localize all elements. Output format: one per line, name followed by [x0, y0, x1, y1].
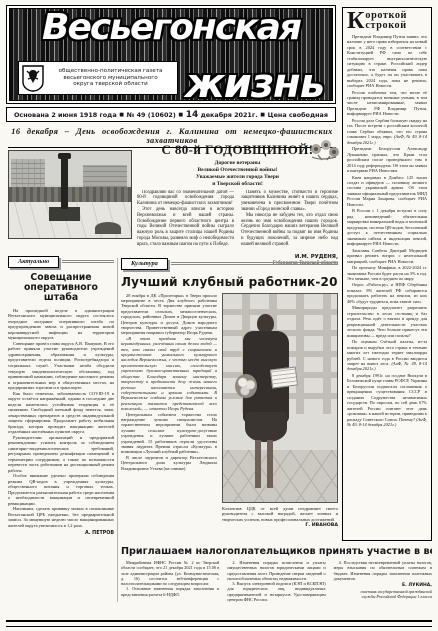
brief-item-text: Россия озабочена тем, что возле её грани…	[347, 90, 427, 117]
monument-photo	[8, 150, 132, 239]
brief-title-words: ороткой строкой	[365, 11, 407, 32]
photo-monument-base	[49, 207, 80, 221]
culture-headline: Лучший клубный работник-2021г.	[121, 275, 338, 289]
coat-of-arms-icon	[22, 65, 44, 92]
dateline-strip: Основана 2 июня 1918 года ■ № 49 (10602)…	[6, 107, 336, 122]
staff-paragraph: Руководителям организаций и предприятий …	[8, 435, 114, 474]
brief-item-text: Замглавы Совбеза Дмитрий Медведев призва…	[347, 248, 427, 264]
salutation-line: и Тверской области!	[137, 181, 338, 188]
tax-paragraph: 2. Изменения порядка исчисления и уплаты…	[227, 560, 325, 581]
brief-title-word1: ороткой	[365, 10, 407, 21]
signature-name: Е. ЛУКИНА,	[402, 583, 432, 588]
staff-signature: А. ПЕТРОВ	[8, 531, 114, 536]
separator-square-icon: ■	[119, 112, 124, 118]
brief-item-text: Президент Белоруссии Александр Лукашенко…	[347, 146, 427, 173]
founded-date: Основана 2 июня 1918 года	[14, 111, 117, 119]
brief-item: Россия дала Сербии большую скидку на газ…	[347, 118, 427, 145]
price-label: Цена свободная	[268, 111, 328, 119]
photo-person-leg	[267, 440, 273, 488]
brief-item-text: Киев направил в Донбасс 125 тысяч солдат…	[347, 175, 427, 207]
kicker-row: Культура	[121, 258, 338, 270]
photo-bouquet	[235, 374, 257, 398]
staff-meeting-article: Актуально Совещание оперативного штаба Н…	[8, 256, 114, 604]
masthead-subtitle-line3: округа тверской области	[47, 81, 174, 88]
greeting-body: С 80-й ГОДОВЩИНОЙ! Дорогие ветераны Вели…	[137, 142, 338, 267]
photo-person-skirt	[245, 412, 287, 442]
brief-items-list: Президент Владимир Путин заявил, что нал…	[347, 34, 427, 428]
brief-item: Россия озабочена тем, что возле её грани…	[347, 90, 427, 117]
signature-title-line2: службы Российской Федерации 1 класса	[334, 594, 432, 599]
newspaper-front-page: Весьегонская жизнь общественно-политичес…	[0, 0, 438, 631]
brief-title-word2: строкой	[365, 20, 406, 31]
brief-item: 8 декабря 1991г. на госдаче Вискули в Бе…	[347, 373, 427, 428]
photo-certificate	[270, 366, 298, 388]
culture-photo-column: Коллектив ЦДК от всей души поздравляет с…	[222, 293, 338, 533]
staff-headline: Совещание оперативного штаба	[8, 273, 114, 304]
staff-body-text: На прошедшей неделе в администрации Весь…	[8, 308, 114, 529]
issue-date: 14 декабря 2021г.	[186, 110, 258, 120]
greeting-paragraph: Этот день навсегда вписан в историю Верх…	[137, 207, 234, 248]
tax-paragraph: Межрайонная ИФНС России № 2 по Тверской …	[121, 560, 219, 586]
greeting-article: С 80-й ГОДОВЩИНОЙ! Дорогие ветераны Вели…	[8, 141, 338, 254]
tax-paragraph: 3. Выпуск электронной подписи (КЭП и КСК…	[227, 581, 325, 602]
brief-item-text: Опрос «Работа.ру» и НПФ Сбербанка показа…	[347, 282, 427, 303]
greeting-paragraph: Поздравляю вас со знаменательной датой —…	[137, 190, 234, 207]
photo-caption: Коллектив ЦДК от всей души поздравляет с…	[222, 506, 338, 523]
staff-paragraph: Напомним, сделать прививку можно в полик…	[8, 506, 114, 528]
brief-item: Замглавы Совбеза Дмитрий Медведев призва…	[347, 248, 427, 264]
bottom-double-rule	[6, 620, 432, 627]
tax-body-text: Межрайонная ИФНС России № 2 по Тверской …	[121, 560, 432, 602]
issue-date-day: 14	[186, 110, 199, 120]
kicker-rule	[62, 260, 114, 263]
tax-headline: Приглашаем налогоплательщиков принять уч…	[121, 546, 432, 557]
photo-person-head	[257, 314, 274, 333]
masthead-stripes-background: Весьегонская жизнь общественно-политичес…	[9, 8, 333, 101]
caption-signature: Г. ИВАНОВА	[222, 523, 338, 528]
brief-item: По прогнозу Минфина, в 2022-2024 гг. эко…	[347, 265, 427, 281]
culture-quote-paragraph: «В этот праздник мы чествуем неравнодушн…	[121, 336, 217, 412]
award-photo	[222, 293, 338, 503]
photo-floor	[223, 450, 337, 502]
brief-item: Президент Белоруссии Александр Лукашенко…	[347, 146, 427, 173]
brief-item-text: Президент Владимир Путин заявил, что нал…	[347, 34, 427, 88]
culture-paragraph: 28 ноября в ДК «Пролетарка» в Твери прош…	[121, 293, 217, 336]
brief-item: Минприроды предлагает разрешить строител…	[347, 305, 427, 338]
issue-date-rest: декабря 2021г.	[201, 111, 258, 119]
photo-obelisk-top	[58, 153, 71, 159]
brief-item: Опрос «Работа.ру» и НПФ Сбербанка показа…	[347, 282, 427, 304]
brief-item: По оценкам Счётной палаты, из-за пожаров…	[347, 339, 427, 372]
salutation-line: Великой Отечественной войны!	[137, 167, 338, 174]
newspaper-title-line2: жизнь	[185, 64, 324, 104]
brief-title-dropcap: К	[347, 11, 364, 31]
staff-headline-line2: оперативного штаба	[8, 283, 114, 304]
brief-item-text: Минприроды предлагает разрешить строител…	[347, 305, 427, 337]
culture-article: Культура Лучший клубный работник-2021г. …	[121, 258, 338, 544]
photo-treeline	[9, 187, 131, 203]
photo-person-leg	[255, 440, 261, 488]
brief-column-title: К ороткой строкой	[347, 11, 427, 32]
newspaper-title-line1: Весьегонская	[12, 10, 330, 46]
culture-content-row: 28 ноября в ДК «Пролетарка» в Твери прош…	[121, 293, 338, 533]
brief-item-text: По прогнозу Минфина, в 2022-2024 гг. эко…	[347, 265, 427, 281]
salutation-line: Уважаемые жители города Твери	[137, 174, 338, 181]
kicker-row: Актуально	[8, 256, 114, 268]
culture-paragraph: Центральным событием торжества стало наг…	[121, 412, 217, 455]
brief-item-text: 8 декабря 1991г. на госдаче Вискули в Бе…	[347, 373, 427, 422]
brief-item: Президент Владимир Путин заявил, что нал…	[347, 34, 427, 89]
separator-square-icon: ■	[178, 112, 183, 118]
tax-signature: Е. ЛУКИНА, советник государственной граж…	[334, 582, 432, 599]
staff-paragraph: Особое внимание уделено проверкам соблюд…	[8, 473, 114, 506]
kicker-rule	[171, 262, 338, 265]
brief-item: В России с 1 декабря вступил в силу ряд …	[347, 208, 427, 246]
culture-body-text: 28 ноября в ДК «Пролетарка» в Твери прош…	[121, 293, 217, 533]
staff-paragraph: Совещание провёл глава округа А.В. Пашук…	[8, 341, 114, 391]
kicker-kultura: Культура	[121, 258, 168, 270]
masthead: Весьегонская жизнь общественно-политичес…	[6, 5, 336, 104]
issue-number: № 49 (10602)	[127, 111, 176, 119]
photo-bush	[95, 222, 121, 234]
staff-paragraph: Как было отмечено, заболеваемость COVID-…	[8, 391, 114, 435]
brief-item-text: В России с 1 декабря вступил в силу ряд …	[347, 208, 427, 246]
tax-paragraph: 1. Основные изменения порядка заполнения…	[121, 586, 219, 597]
salutation-line: Дорогие ветераны	[137, 160, 338, 167]
column-divider	[117, 258, 118, 602]
kicker-aktualno: Актуально	[8, 256, 59, 268]
flowers-decoration	[308, 139, 340, 161]
masthead-info-box: общественно-политическая газета весьегон…	[18, 61, 178, 95]
photo-obelisk	[61, 157, 68, 209]
greeting-paragraph: Память о мужестве, стойкости и героизме …	[241, 190, 338, 213]
greeting-text-columns: Поздравляю вас со знаменательной датой —…	[137, 190, 338, 252]
separator-square-icon: ■	[260, 112, 265, 118]
greeting-salutation: Дорогие ветераны Великой Отечественной в…	[137, 160, 338, 188]
culture-paragraph: В числе лауреатов и директор Весьегонско…	[121, 455, 217, 471]
tax-paragraph: 4. Последствия несвоевременной уплаты на…	[334, 560, 432, 581]
masthead-subtitle-line1: общественно-политическая газета	[47, 68, 174, 75]
tax-article: Приглашаем налогоплательщиков принять уч…	[121, 546, 432, 618]
greeting-paragraph: Мы никогда не забудем тех, кто отдал сво…	[241, 213, 338, 248]
masthead-subtitle: общественно-политическая газета весьегон…	[47, 68, 174, 89]
brief-news-column: К ороткой строкой Президент Владимир Пут…	[342, 7, 432, 541]
staff-paragraph: На прошедшей неделе в администрации Весь…	[8, 308, 114, 341]
brief-item: Киев направил в Донбасс 125 тысяч солдат…	[347, 175, 427, 208]
